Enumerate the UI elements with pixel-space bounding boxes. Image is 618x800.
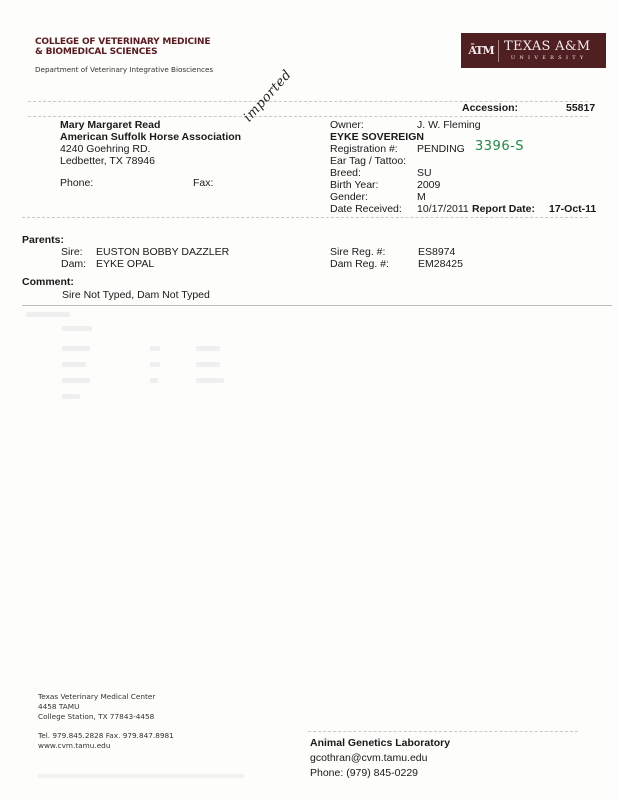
client-address-line2: Ledbetter, TX 78946 (60, 155, 155, 167)
footer-fine-print (38, 774, 244, 778)
divider-accession (28, 116, 588, 117)
client-address-line1: 4240 Goehring RD. (60, 143, 150, 155)
owner-label: Owner: (330, 119, 364, 131)
animal-name: EYKE SOVEREIGN (330, 131, 424, 143)
date-received-label: Date Received: (330, 203, 402, 215)
comment-heading: Comment: (22, 276, 74, 288)
ghost-text (196, 362, 220, 367)
ghost-text (62, 378, 90, 383)
breed-label: Breed: (330, 167, 361, 179)
handwritten-registration-note: 3396-S (475, 139, 524, 154)
department-name: Department of Veterinary Integrative Bio… (35, 65, 213, 74)
footer-center-name: Texas Veterinary Medical Center (38, 692, 155, 702)
owner-value: J. W. Fleming (417, 119, 481, 131)
breed-value: SU (417, 167, 432, 179)
ghost-text (150, 346, 160, 351)
accession-value: 55817 (566, 102, 595, 114)
logo-wordmark-title: TEXAS A&M (504, 40, 590, 54)
footer-center-box: 4458 TAMU (38, 702, 155, 712)
ghost-text (62, 394, 80, 399)
footer-center-city: College Station, TX 77843-4458 (38, 712, 155, 722)
ear-tag-label: Ear Tag / Tattoo: (330, 155, 406, 167)
gender-label: Gender: (330, 191, 368, 203)
client-name: Mary Margaret Read (60, 119, 160, 131)
ghost-text (150, 362, 160, 367)
client-fax-label: Fax: (193, 177, 213, 189)
report-date-label: Report Date: (472, 203, 535, 215)
dam-label: Dam: (61, 258, 86, 270)
ghost-text (196, 378, 224, 383)
dam-reg-label: Dam Reg. #: (330, 258, 389, 270)
gender-value: M (417, 191, 426, 203)
college-name-line2: & BIOMEDICAL SCIENCES (35, 47, 210, 57)
parents-heading: Parents: (22, 234, 64, 246)
sire-reg-value: ES8974 (418, 246, 455, 258)
footer-tel-fax: Tel. 979.845.2828 Fax. 979.847.8981 (38, 731, 174, 741)
lab-name: Animal Genetics Laboratory (310, 737, 450, 749)
divider-comment (22, 305, 612, 306)
college-name-line1: COLLEGE OF VETERINARY MEDICINE (35, 37, 210, 47)
client-phone-label: Phone: (60, 177, 93, 189)
lab-phone: Phone: (979) 845-0229 (310, 767, 418, 779)
sire-label: Sire: (61, 246, 83, 258)
logo-wordmark: TEXAS A&M UNIVERSITY (504, 40, 590, 62)
ghost-text (62, 326, 92, 331)
divider-lab (308, 731, 578, 732)
registration-label: Registration #: (330, 143, 398, 155)
sire-reg-label: Sire Reg. #: (330, 246, 385, 258)
birth-year-label: Birth Year: (330, 179, 378, 191)
tamu-logo: ĀTM TEXAS A&M UNIVERSITY (461, 33, 606, 68)
date-received-value: 10/17/2011 (417, 203, 469, 215)
dam-value: EYKE OPAL (96, 258, 154, 270)
ghost-text (62, 362, 86, 367)
college-name: COLLEGE OF VETERINARY MEDICINE & BIOMEDI… (35, 37, 210, 57)
dam-reg-value: EM28425 (418, 258, 463, 270)
ghost-text (196, 346, 220, 351)
footer-website[interactable]: www.cvm.tamu.edu (38, 741, 174, 751)
lab-email[interactable]: gcothran@cvm.tamu.edu (310, 752, 427, 764)
footer-address: Texas Veterinary Medical Center 4458 TAM… (38, 692, 155, 722)
accession-label: Accession: (462, 102, 518, 114)
registration-value: PENDING (417, 143, 465, 155)
logo-divider (498, 40, 499, 62)
sire-value: EUSTON BOBBY DAZZLER (96, 246, 229, 258)
ghost-text (62, 346, 90, 351)
report-date-value: 17-Oct-11 (549, 203, 596, 215)
comment-text: Sire Not Typed, Dam Not Typed (62, 289, 210, 301)
ghost-text (150, 378, 158, 383)
client-organization: American Suffolk Horse Association (60, 131, 241, 143)
divider-info (22, 217, 588, 218)
atm-logo-icon: ĀTM (467, 44, 495, 57)
ghost-text (26, 312, 70, 317)
birth-year-value: 2009 (417, 179, 440, 191)
footer-contact: Tel. 979.845.2828 Fax. 979.847.8981 www.… (38, 731, 174, 751)
logo-wordmark-subtitle: UNIVERSITY (511, 54, 588, 62)
